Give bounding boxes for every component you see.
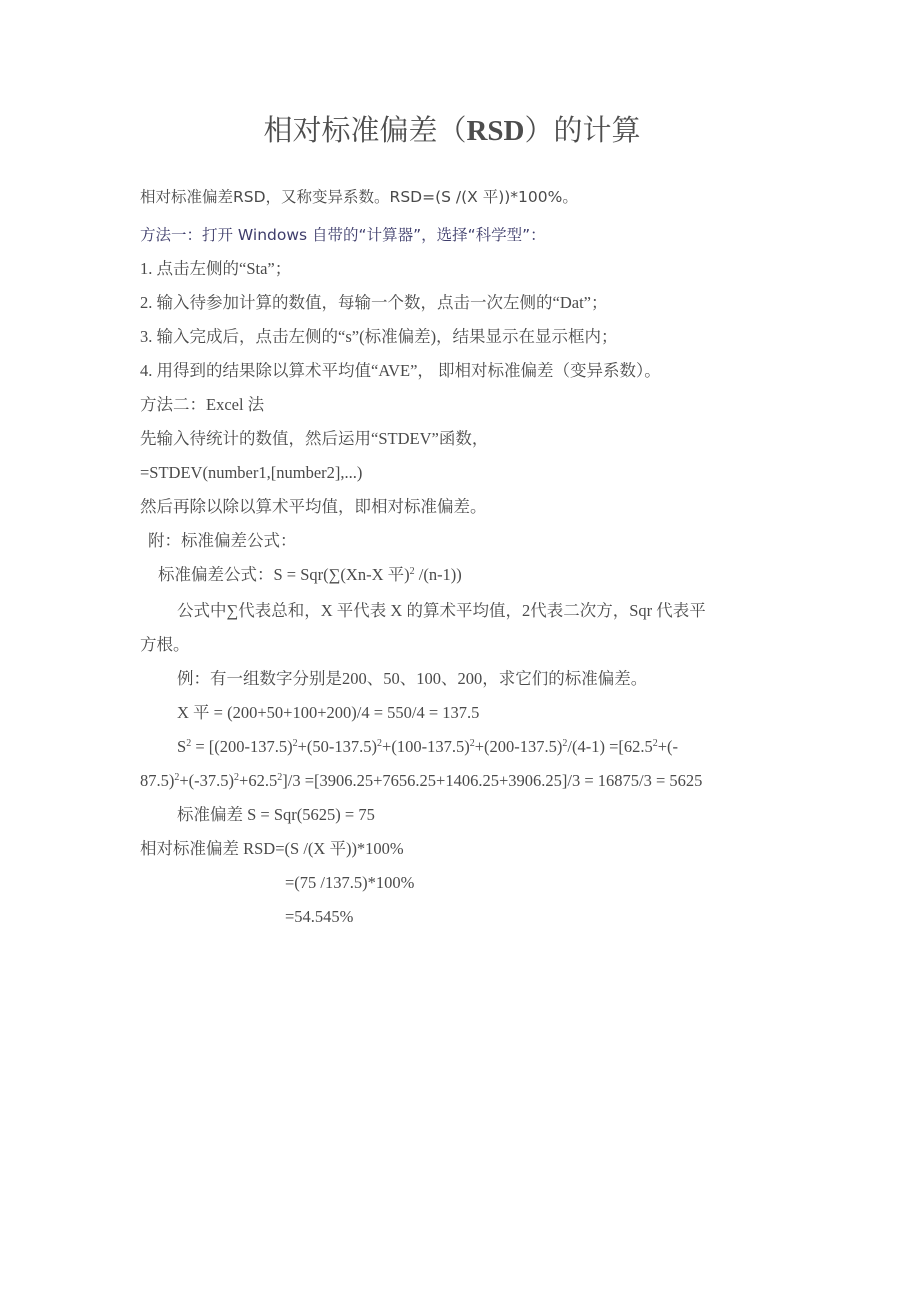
v2-p3: +62.5: [239, 771, 277, 790]
rsd-result-line-2: =(75 /137.5)*100%: [285, 872, 414, 894]
v2-p1: 87.5): [140, 771, 174, 790]
step-2: 2. 输入待参加计算的数值，每输一个数，点击一次左侧的“Dat”；: [140, 292, 607, 314]
method-one-heading: 方法一：打开 Windows 自带的“计算器”，选择“科学型”：: [140, 224, 546, 246]
step-1: 1. 点击左侧的“Sta”；: [140, 258, 291, 280]
rsd-definition: 相对标准偏差RSD，又称变异系数。RSD=(S /(X 平))*100%。: [140, 186, 578, 208]
explanation-line-1: 公式中∑代表总和，X 平代表 X 的算术平均值，2代表二次方，Sqr 代表平: [177, 600, 706, 622]
v2-p4: ]/3 =[3906.25+7656.25+1406.25+3906.25]/3…: [282, 771, 702, 790]
document-page: 相对标准偏差（RSD）的计算 相对标准偏差RSD，又称变异系数。RSD=(S /…: [0, 0, 920, 1302]
formula-prefix: 标准偏差公式：S = Sqr(∑(Xn-X 平): [158, 565, 410, 584]
v1-p7: +(-: [658, 737, 678, 756]
appendix-heading: 附：标准偏差公式：: [148, 530, 297, 552]
step-4: 4. 用得到的结果除以算术平均值“AVE”， 即相对标准偏差（变异系数）。: [140, 360, 661, 382]
title-prefix: 相对标准偏差（: [263, 113, 466, 147]
title-suffix: ）的计算: [525, 113, 641, 147]
v1-p3: +(50-137.5): [298, 737, 377, 756]
v1-p1: S: [177, 737, 186, 756]
excel-divide-note: 然后再除以除以算术平均值，即相对标准偏差。: [140, 496, 487, 518]
v2-p2: +(-37.5): [179, 771, 234, 790]
stddev-result-line: 标准偏差 S = Sqr(5625) = 75: [177, 804, 375, 826]
step-3: 3. 输入完成后，点击左侧的“s”(标准偏差)，结果显示在显示框内；: [140, 326, 618, 348]
v1-p6: /(4-1) =[62.5: [567, 737, 652, 756]
explanation-line-2: 方根。: [140, 634, 190, 656]
stddev-formula-line: 标准偏差公式：S = Sqr(∑(Xn-X 平)2 /(n-1)): [158, 564, 462, 586]
rsd-result-line-3: =54.545%: [285, 906, 353, 928]
v1-p4: +(100-137.5): [382, 737, 470, 756]
variance-line-2: 87.5)2+(-37.5)2+62.52]/3 =[3906.25+7656.…: [140, 770, 702, 792]
variance-line-1: S2 = [(200-137.5)2+(50-137.5)2+(100-137.…: [177, 736, 678, 758]
rsd-result-line-1: 相对标准偏差 RSD=(S /(X 平))*100%: [140, 838, 404, 860]
method-two-heading: 方法二：Excel 法: [140, 394, 264, 416]
title-rsd: RSD: [466, 115, 524, 147]
page-title: 相对标准偏差（RSD）的计算: [0, 108, 904, 149]
mean-line: X 平 = (200+50+100+200)/4 = 550/4 = 137.5: [177, 702, 479, 724]
v1-p2: = [(200-137.5): [191, 737, 292, 756]
example-line: 例：有一组数字分别是200、50、100、200，求它们的标准偏差。: [177, 668, 647, 690]
v1-p5: +(200-137.5): [475, 737, 563, 756]
formula-suffix: /(n-1)): [415, 565, 462, 584]
excel-instruction: 先输入待统计的数值，然后运用“STDEV”函数，: [140, 428, 488, 450]
stdev-formula: =STDEV(number1,[number2],...): [140, 462, 362, 484]
